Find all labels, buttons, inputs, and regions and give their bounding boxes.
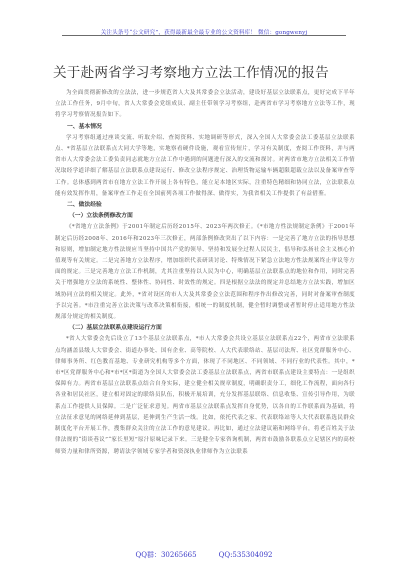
document-title: 关于赴两省学习考察地方立法工作情况的报告 — [53, 64, 355, 82]
qq-group-text: QQ群：30265665 — [135, 551, 196, 559]
document-page: 关于赴两省学习考察地方立法工作情况的报告 为全面贯彻新修改的立法法，进一步规范省… — [55, 64, 355, 458]
subsection-heading-regulation-revision: （一）立法条例修改方面 — [55, 211, 355, 222]
subsection-heading-contact-points: （二）基层立法联系点建设运行方面 — [55, 323, 355, 334]
section-heading-basic-situation: 一、基本情况 — [55, 122, 355, 133]
qq-number-text: QQ:535304092 — [219, 551, 273, 559]
contact-points-paragraph: *省人大常委会先后设立了13个基层立法联系点，*市人大常委会共设立基层立法联系点… — [55, 334, 355, 457]
intro-paragraph: 为全面贯彻新修改的立法法，进一步规范省人大及其常委会立法活动，建设好基层立法联系… — [55, 88, 355, 122]
regulation-revision-paragraph: 《*省地方立法条例》于2001年制定后历经2015年、2023年两次修正。《*市… — [55, 222, 355, 323]
header-divider — [62, 35, 346, 36]
footer-contact: QQ群：30265665QQ:535304092 — [0, 550, 408, 560]
section-heading-practices: 二、做法经验 — [55, 200, 355, 211]
basic-situation-paragraph: 学习考察组通过座谈交流、听取介绍、查阅资料、实地调研等形式，深入全国人大常委会法… — [55, 133, 355, 200]
